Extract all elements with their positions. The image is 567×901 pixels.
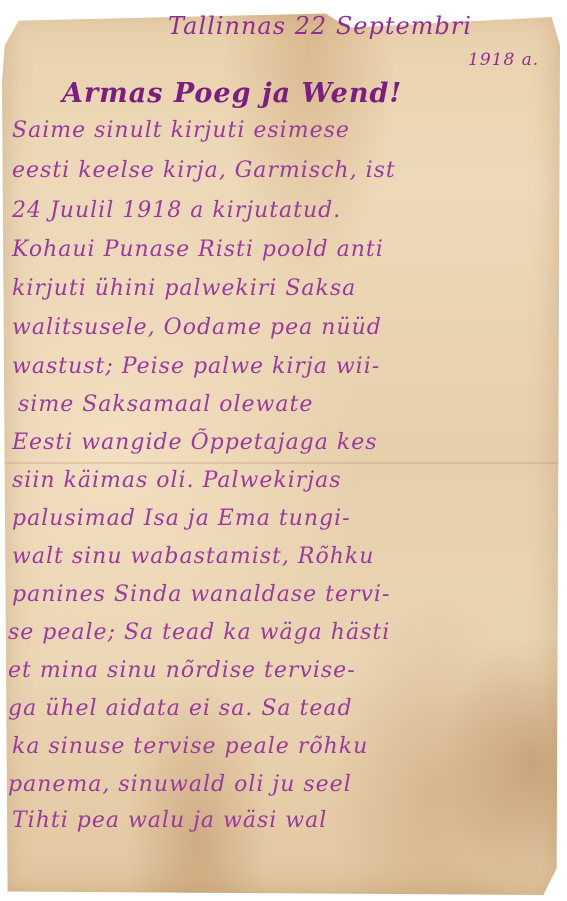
fold-crease [2, 462, 560, 464]
body-line-16: ga ühel aidata ei sa. Sa tead [8, 696, 353, 721]
year-line: 1918 a. [468, 50, 539, 70]
body-line-12: walt sinu wabastamist, Rõhku [12, 544, 374, 569]
body-line-8: sime Saksamaal olewate [18, 392, 313, 417]
body-line-15: et mina sinu nõrdise tervise- [8, 658, 356, 683]
body-line-9: Eesti wangide Õppetajaga kes [12, 430, 378, 455]
body-line-14: se peale; Sa tead ka wäga hästi [8, 620, 390, 645]
salutation: Armas Poeg ja Wend! [62, 78, 402, 109]
body-line-18: panema, sinuwald oli ju seel [8, 772, 352, 797]
body-line-13: panines Sinda wanaldase tervi- [12, 582, 390, 607]
body-line-2: eesti keelse kirja, Garmisch, ist [12, 158, 396, 183]
body-line-19: Tihti pea walu ja wäsi wal [12, 808, 327, 833]
body-line-3: 24 Juulil 1918 a kirjutatud. [12, 198, 341, 223]
body-line-10: siin käimas oli. Palwekirjas [12, 468, 342, 493]
body-line-17: ka sinuse tervise peale rõhku [12, 734, 368, 759]
body-line-5: kirjuti ühini palwekiri Saksa [12, 276, 356, 301]
date-line: Tallinnas 22 Septembri [168, 12, 472, 40]
letter-scan: Tallinnas 22 Septembri 1918 a. Armas Poe… [0, 0, 567, 901]
body-line-11: palusimad Isa ja Ema tungi- [12, 506, 351, 531]
body-line-4: Kohaui Punase Risti poold anti [12, 237, 384, 262]
body-line-6: walitsusele, Oodame pea nüüd [12, 315, 382, 340]
body-line-7: wastust; Peise palwe kirja wii- [12, 354, 380, 379]
body-line-1: Saime sinult kirjuti esimese [12, 118, 350, 143]
